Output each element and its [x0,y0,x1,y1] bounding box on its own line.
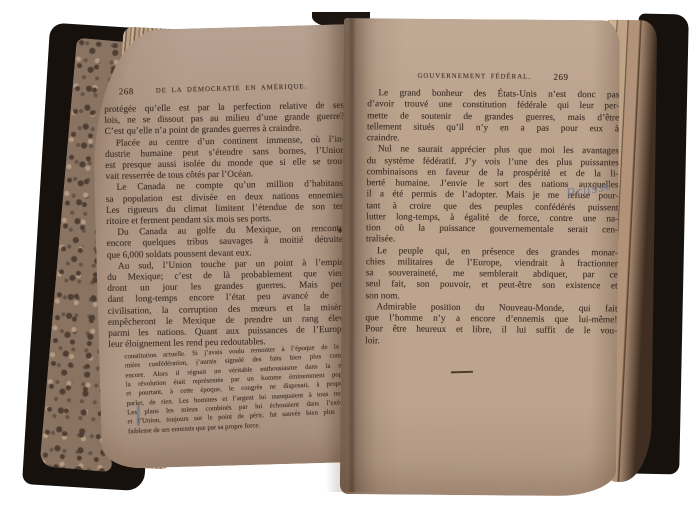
running-title-right: GOUVERNEMENT FÉDÉRAL. [417,73,531,81]
left-page-footnote: constitution actuelle. Si j’avais voulu … [124,342,360,437]
right-page: GOUVERNEMENT FÉDÉRAL. 269 Le grand bonhe… [340,18,620,496]
text-line: Pour être heureux et libre, il lui suffi… [365,324,617,337]
left-page-body-text: protégée qu’elle est par la perfection r… [104,101,348,352]
gutter-spot [338,228,342,233]
page-number-left: 268 [119,86,134,96]
right-page-header: GOUVERNEMENT FÉDÉRAL. 269 [343,70,619,84]
right-page-body-text: Le grand bonheur des États-Unis n’est do… [365,88,619,349]
book-photograph: 268 DE LA DÉMOCRATIE EN AMÉRIQUE. protég… [0,0,700,526]
left-page-header: 268 DE LA DÉMOCRATIE EN AMÉRIQUE. [92,80,354,99]
text-line: tellement situés qu’il n’y en a pas pour… [367,122,619,135]
pencil-margin-mark [137,404,140,426]
left-page: 268 DE LA DÉMOCRATIE EN AMÉRIQUE. protég… [90,24,364,469]
running-title-left: DE LA DÉMOCRATIE EN AMÉRIQUE. [156,83,308,94]
text-line: seul fait, son pouvoir, et peut-être son… [366,279,618,292]
page-number-right: 269 [553,72,568,82]
text-line: loir. [365,336,617,349]
section-divider-rule [451,371,473,373]
